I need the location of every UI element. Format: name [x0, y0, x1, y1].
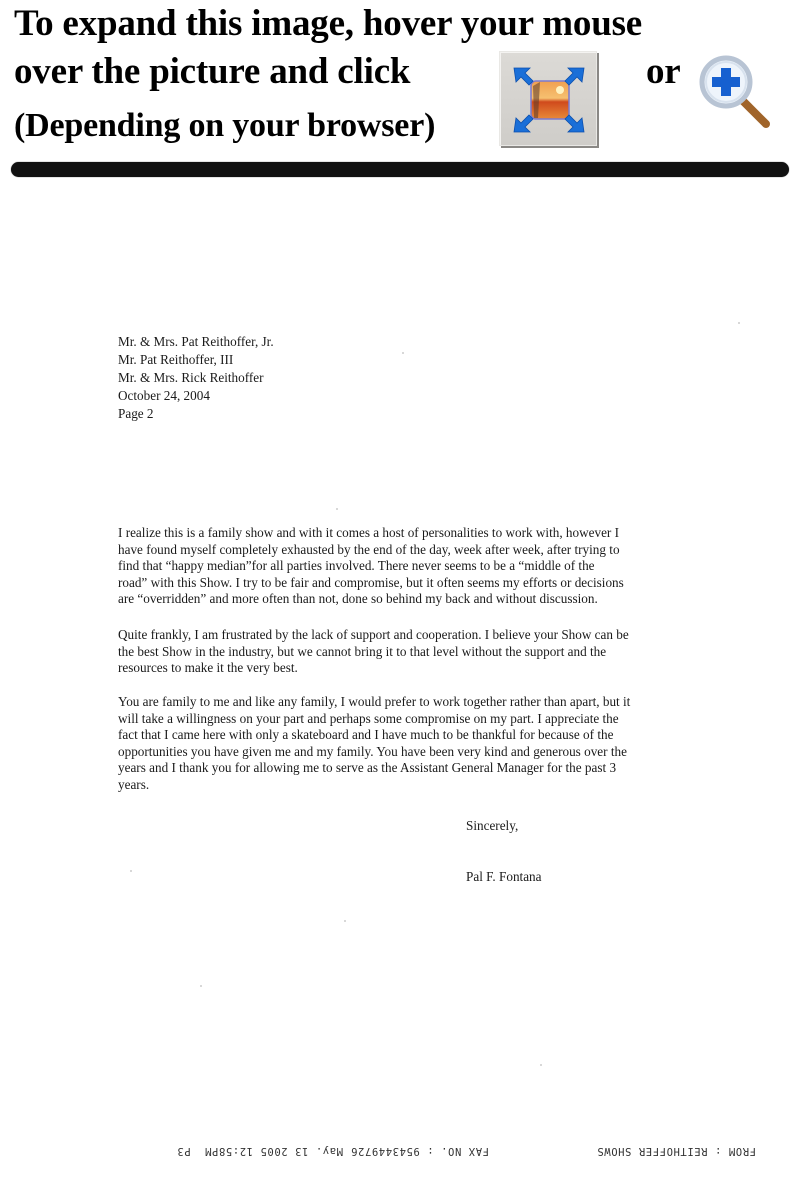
scan-speck [200, 985, 202, 987]
fax-transmission-header: FROM : REITHOFFER SHOWS FAX NO. : 954344… [96, 1139, 756, 1157]
letter-signature: Pal F. Fontana [466, 869, 542, 885]
scan-speck [402, 352, 404, 354]
paragraph-line: You are family to me and like any family… [118, 694, 698, 711]
paragraph-line: I realize this is a family show and with… [118, 525, 698, 542]
page-number: Page 2 [118, 405, 274, 423]
paragraph-3: You are family to me and like any family… [118, 694, 698, 794]
scanned-letter: Mr. & Mrs. Pat Reithoffer, Jr. Mr. Pat R… [0, 0, 800, 1194]
paragraph-2: Quite frankly, I am frustrated by the la… [118, 627, 698, 677]
paragraph-line: Quite frankly, I am frustrated by the la… [118, 627, 698, 644]
paragraph-line: will take a willingness on your part and… [118, 711, 698, 728]
recipient-block: Mr. & Mrs. Pat Reithoffer, Jr. Mr. Pat R… [118, 333, 274, 423]
paragraph-line: opportunities you have given me and my f… [118, 744, 698, 761]
paragraph-line: fact that I came here with only a skateb… [118, 727, 698, 744]
paragraph-line: years and I thank you for allowing me to… [118, 760, 698, 777]
recipient-line: Mr. Pat Reithoffer, III [118, 351, 274, 369]
paragraph-line: years. [118, 777, 698, 794]
paragraph-line: resources to make it the very best. [118, 660, 698, 677]
paragraph-line: find that “happy median”for all parties … [118, 558, 698, 575]
fax-number: FAX NO. : 9543449726 [351, 1145, 489, 1157]
paragraph-1: I realize this is a family show and with… [118, 525, 698, 608]
recipient-line: Mr. & Mrs. Pat Reithoffer, Jr. [118, 333, 274, 351]
recipient-line: Mr. & Mrs. Rick Reithoffer [118, 369, 274, 387]
paragraph-line: road” with this Show. I try to be fair a… [118, 575, 698, 592]
scan-speck [344, 920, 346, 922]
scan-speck [738, 322, 740, 324]
fax-from: FROM : REITHOFFER SHOWS [597, 1145, 756, 1157]
paragraph-line: the best Show in the industry, but we ca… [118, 644, 698, 661]
scan-speck [336, 508, 338, 510]
scan-speck [540, 1064, 542, 1066]
fax-date: May. 13 2005 12:58PM P3 [177, 1145, 343, 1157]
paragraph-line: have found myself completely exhausted b… [118, 542, 698, 559]
scan-speck [130, 870, 132, 872]
letter-closing: Sincerely, [466, 818, 518, 834]
letter-date: October 24, 2004 [118, 387, 274, 405]
paragraph-line: are “overridden” and more often than not… [118, 591, 698, 608]
